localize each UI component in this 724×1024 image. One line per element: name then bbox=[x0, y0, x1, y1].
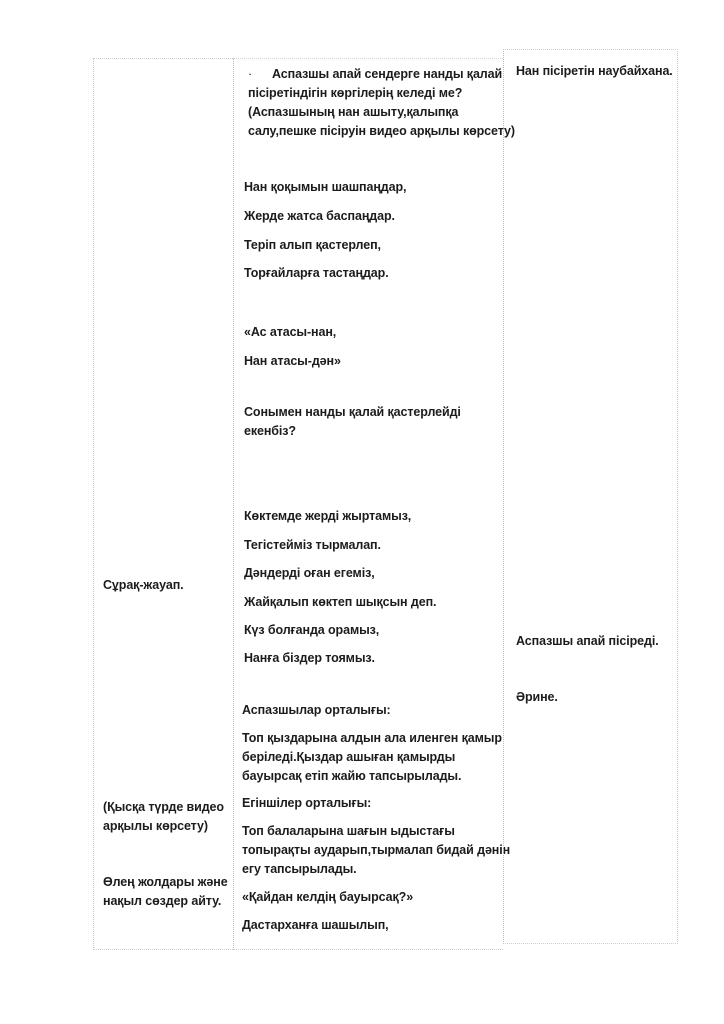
of-course-text: Әрине. bbox=[516, 688, 558, 707]
center2-task-line-3: егу тапсырылады. bbox=[242, 860, 357, 879]
poem1-line-1: Нан қоқымын шашпаңдар, bbox=[244, 178, 406, 197]
center2-task-line-1: Топ балаларына шағын ыдыстағы bbox=[242, 822, 455, 841]
center1-task-line-2: беріледі.Қыздар ашыған қамырды bbox=[242, 748, 455, 767]
proverb-line-1: «Ас атасы-нан, bbox=[244, 323, 336, 342]
intro-line-4: салу,пешке пісіруін видео арқылы көрсету… bbox=[248, 122, 515, 141]
cook-bakes-text: Аспазшы апай пісіреді. bbox=[516, 632, 659, 651]
intro-line-3: (Аспазшының нан ашыту,қалыпқа bbox=[248, 103, 458, 122]
student-activity-column: Нан пісіретін наубайхана. Аспазшы апай п… bbox=[503, 49, 678, 944]
poem1-line-2: Жерде жатса баспаңдар. bbox=[244, 207, 395, 226]
poem2-line-6: Нанға біздер тоямыз. bbox=[244, 649, 375, 668]
activity-type-column: Сұрақ-жауап. (Қысқа түрде видео арқылы к… bbox=[93, 58, 233, 950]
center2-title: Егіншілер орталығы: bbox=[242, 794, 371, 813]
lesson-plan-table: Сұрақ-жауап. (Қысқа түрде видео арқылы к… bbox=[93, 58, 678, 950]
poem2-line-2: Тегістейміз тырмалап. bbox=[244, 536, 381, 555]
activity-video-line-1: (Қысқа түрде видео bbox=[103, 798, 224, 817]
poem2-line-4: Жайқалып көктеп шықсын деп. bbox=[244, 593, 436, 612]
document-page: Сұрақ-жауап. (Қысқа түрде видео арқылы к… bbox=[0, 0, 724, 1024]
poem2-line-5: Күз болғанда орамыз, bbox=[244, 621, 379, 640]
activity-video-line-2: арқылы көрсету) bbox=[103, 817, 208, 836]
intro-line-1: ·Аспазшы апай сендерге нанды қалай bbox=[248, 65, 502, 84]
teacher-activity-column: ·Аспазшы апай сендерге нанды қалай пісір… bbox=[233, 58, 503, 950]
poem2-line-1: Көктемде жерді жыртамыз, bbox=[244, 507, 411, 526]
poem2-line-3: Дәндерді оған егеміз, bbox=[244, 564, 375, 583]
center1-task-line-1: Топ қыздарына алдын ала иленген қамыр bbox=[242, 729, 502, 748]
poem1-line-4: Торғайларға тастаңдар. bbox=[244, 264, 389, 283]
bullet-icon: · bbox=[248, 65, 272, 84]
question-line-1: Сонымен нанды қалай қастерлейді bbox=[244, 403, 461, 422]
poem3-title: «Қайдан келдің бауырсақ?» bbox=[242, 888, 413, 907]
activity-poem-line-2: нақыл сөздер айту. bbox=[103, 892, 221, 911]
poem1-line-3: Теріп алып қастерлеп, bbox=[244, 236, 381, 255]
center2-task-line-2: топырақты аударып,тырмалап бидай дәнін bbox=[242, 841, 510, 860]
center1-title: Аспазшылар орталығы: bbox=[242, 701, 391, 720]
activity-question-answer: Сұрақ-жауап. bbox=[103, 576, 184, 595]
center1-task-line-3: бауырсақ етіп жайю тапсырылады. bbox=[242, 767, 461, 786]
poem3-line-1: Дастарханға шашылып, bbox=[242, 916, 389, 935]
proverb-line-2: Нан атасы-дән» bbox=[244, 352, 341, 371]
bakery-text: Нан пісіретін наубайхана. bbox=[516, 62, 673, 81]
question-line-2: екенбіз? bbox=[244, 422, 296, 441]
intro-line-2: пісіретіндігін көргілерің келеді ме? bbox=[248, 84, 462, 103]
activity-poem-line-1: Өлең жолдары және bbox=[103, 873, 228, 892]
